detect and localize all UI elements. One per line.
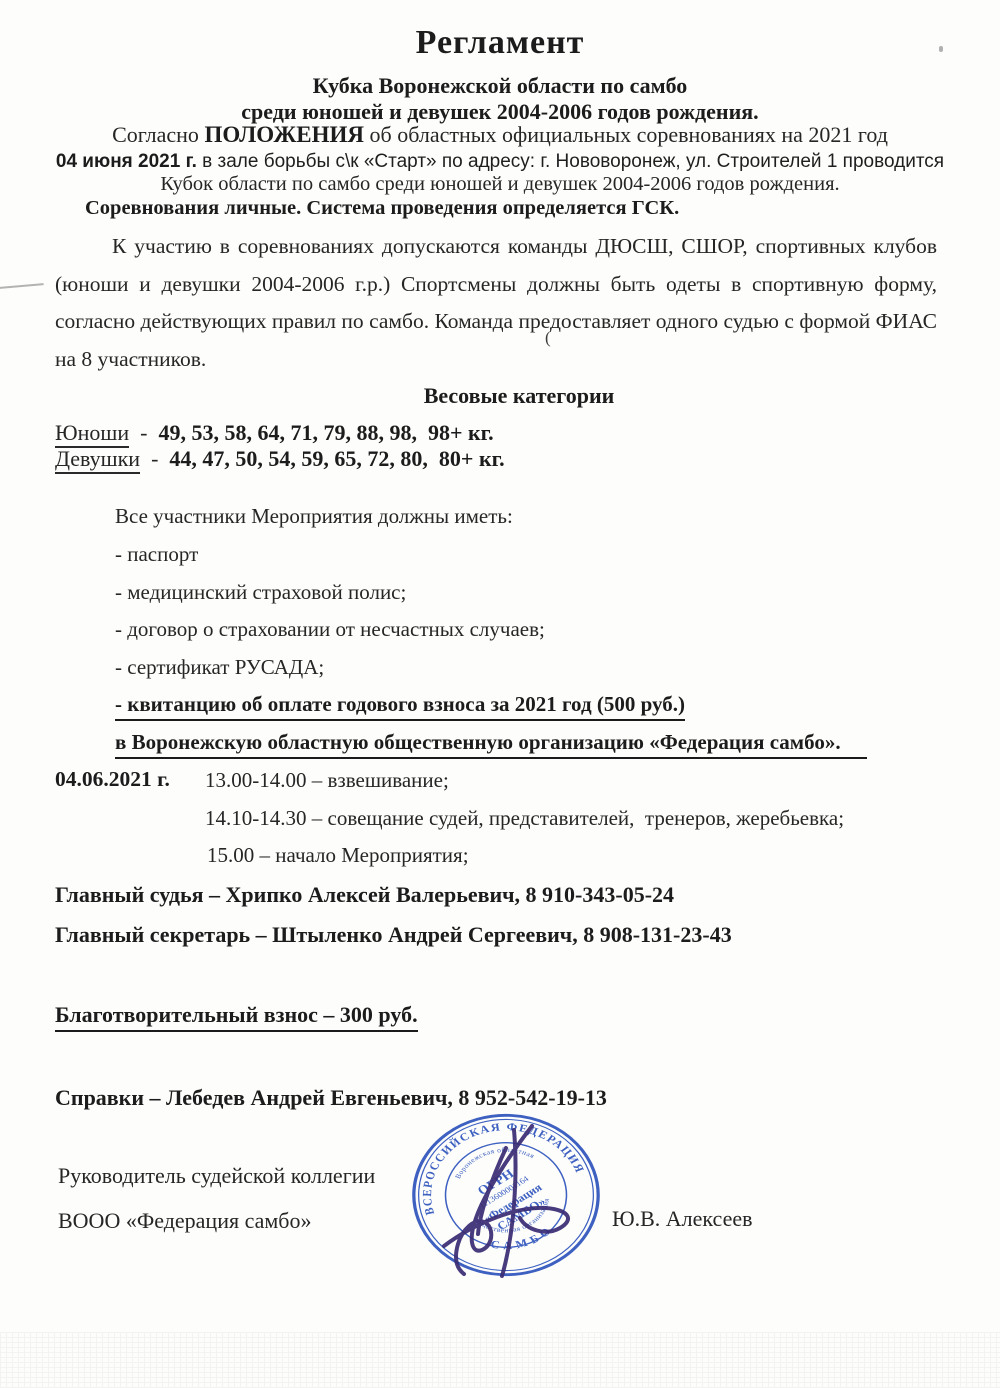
scan-artifact-line: [0, 283, 44, 297]
boys-weights-line: Юноши - 49, 53, 58, 64, 71, 79, 88, 98, …: [55, 420, 494, 446]
signer-role-line-2: ВООО «Федерация самбо»: [58, 1208, 312, 1234]
boys-label: Юноши: [55, 420, 129, 448]
event-date: 04 июня 2021 г.: [56, 151, 197, 172]
requirement-fee-line-1: - квитанцию об оплате годового взноса за…: [115, 692, 685, 721]
requirement-fee-line-2: в Воронежскую областную общественную орг…: [115, 730, 867, 759]
polozhenie-word: ПОЛОЖЕНИЯ: [204, 122, 364, 147]
soglasno-suffix: об областных официальных соревнованиях н…: [364, 122, 888, 147]
donation-line: Благотворительный взнос – 300 руб.: [55, 1002, 418, 1032]
regulation-reference-line: Согласно ПОЛОЖЕНИЯ об областных официаль…: [0, 122, 1000, 148]
weight-categories-heading: Весовые категории: [0, 383, 1000, 409]
fee-text-1: - квитанцию об оплате годового взноса за…: [115, 692, 685, 721]
schedule-judges-meeting: 14.10-14.30 – совещание судей, представи…: [205, 806, 844, 831]
event-venue: в зале борьбы с\к «Старт» по адресу: г. …: [197, 151, 944, 172]
schedule-weighing: 13.00-14.00 – взвешивание;: [205, 768, 449, 793]
signer-role-line-1: Руководитель судейской коллегии: [58, 1163, 375, 1189]
contact-line: Справки – Лебедев Андрей Евгеньевич, 8 9…: [55, 1085, 607, 1111]
event-date-venue-line: 04 июня 2021 г. в зале борьбы с\к «Старт…: [0, 151, 1000, 173]
page-title: Регламент: [0, 24, 1000, 62]
soglasno-prefix: Согласно: [112, 122, 204, 147]
competition-system-line: Соревнования личные. Система проведения …: [85, 197, 679, 220]
cup-description-line: Кубок области по самбо среди юношей и де…: [0, 173, 1000, 196]
girls-values: 44, 47, 50, 54, 59, 65, 72, 80, 80+ кг.: [169, 446, 504, 471]
donation-text: Благотворительный взнос – 300 руб.: [55, 1002, 418, 1032]
chief-judge-line: Главный судья – Хрипко Алексей Валерьеви…: [55, 882, 674, 908]
scan-artifact-paren: (: [545, 328, 551, 348]
boys-values: 49, 53, 58, 64, 71, 79, 88, 98, 98+ кг.: [158, 420, 493, 445]
requirement-medical-policy: - медицинский страховой полис;: [115, 580, 406, 605]
requirement-passport: - паспорт: [115, 542, 198, 567]
participation-paragraph: К участию в соревнованиях допускаются ко…: [55, 228, 937, 378]
girls-weights-line: Девушки - 44, 47, 50, 54, 59, 65, 72, 80…: [55, 446, 505, 472]
boys-separator: -: [129, 420, 158, 445]
girls-label: Девушки: [55, 446, 140, 474]
scan-artifact-speck: [939, 46, 943, 52]
schedule-date: 04.06.2021 г.: [55, 767, 170, 792]
requirement-accident-insurance: - договор о страховании от несчастных сл…: [115, 617, 545, 642]
requirement-rusada-certificate: - сертификат РУСАДА;: [115, 655, 324, 680]
schedule-event-start: 15.00 – начало Мероприятия;: [207, 843, 469, 868]
signer-name: Ю.В. Алексеев: [612, 1206, 753, 1232]
handwritten-signature: [420, 1118, 588, 1280]
subtitle-line-1: Кубка Воронежской области по самбо: [0, 73, 1000, 99]
document-page: Регламент Кубка Воронежской области по с…: [0, 0, 1000, 1388]
girls-separator: -: [140, 446, 169, 471]
fee-text-2: в Воронежскую областную общественную орг…: [115, 730, 867, 759]
requirements-intro: Все участники Мероприятия должны иметь:: [115, 504, 513, 529]
scan-noise-strip: [0, 1332, 1000, 1388]
chief-secretary-line: Главный секретарь – Штыленко Андрей Серг…: [55, 922, 732, 948]
